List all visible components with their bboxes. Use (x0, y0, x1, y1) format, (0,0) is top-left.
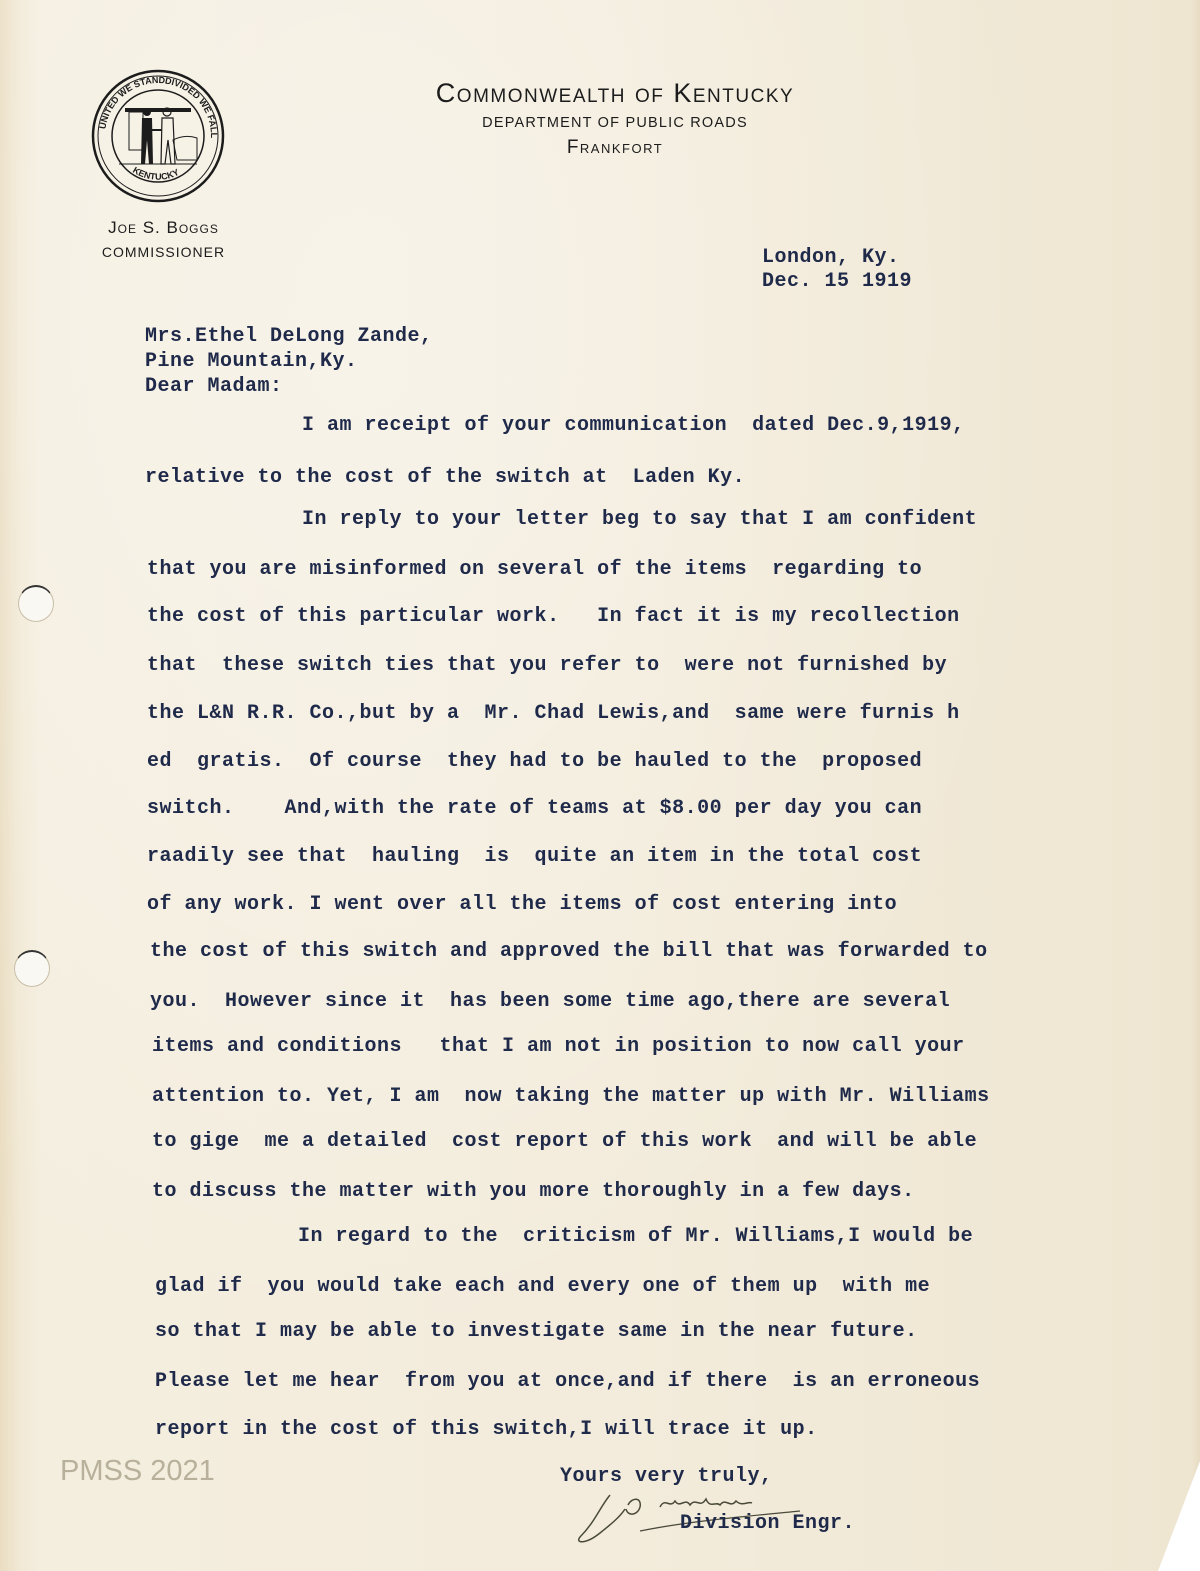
salutation: Dear Madam: (145, 375, 283, 398)
body-line: the cost of this switch and approved the… (150, 940, 988, 963)
body-line: to gige me a detailed cost report of thi… (152, 1130, 977, 1153)
svg-text:KENTUCKY: KENTUCKY (131, 165, 180, 182)
department-name: DEPARTMENT OF PUBLIC ROADS (370, 115, 860, 131)
signature-text: J.P. Watkins (570, 1487, 656, 1491)
body-line: to discuss the matter with you more thor… (152, 1180, 915, 1203)
dateline-date: Dec. 15 1919 (762, 270, 912, 293)
kentucky-seal-icon: UNITED WE STAND DIVIDED WE FALL KENTUCKY (85, 68, 231, 204)
complimentary-close: Yours very truly, (560, 1465, 773, 1488)
body-line: switch. And,with the rate of teams at $8… (147, 797, 922, 820)
body-line: the L&N R.R. Co.,but by a Mr. Chad Lewis… (147, 702, 960, 725)
punch-hole-upper (18, 585, 54, 622)
body-line: attention to. Yet, I am now taking the m… (152, 1085, 990, 1108)
body-line: so that I may be able to investigate sam… (155, 1320, 918, 1343)
seal-right-text: DIVIDED WE FALL (164, 75, 219, 138)
body-line: that these switch ties that you refer to… (147, 654, 947, 677)
organization-name: Commonwealth of Kentucky (370, 78, 860, 109)
body-line: the cost of this particular work. In fac… (147, 605, 960, 628)
body-line: ed gratis. Of course they had to be haul… (147, 750, 922, 773)
signer-title: Division Engr. (680, 1512, 855, 1535)
body-line: that you are misinformed on several of t… (147, 558, 922, 581)
commissioner-name: Joe S. Boggs (86, 218, 241, 238)
body-line: Please let me hear from you at once,and … (155, 1370, 980, 1393)
commissioner-block: Joe S. Boggs COMMISSIONER (86, 218, 241, 260)
archive-watermark: PMSS 2021 (60, 1455, 215, 1488)
body-line: In regard to the criticism of Mr. Willia… (298, 1225, 973, 1248)
body-line: of any work. I went over all the items o… (147, 893, 897, 916)
folded-corner (1158, 1461, 1200, 1571)
seal-top-text: UNITED WE STAND (97, 75, 165, 130)
body-line: you. However since it has been some time… (150, 990, 950, 1013)
body-line: In reply to your letter beg to say that … (302, 508, 977, 531)
body-line: raadily see that hauling is quite an ite… (147, 845, 922, 868)
body-line: glad if you would take each and every on… (155, 1275, 930, 1298)
svg-text:DIVIDED WE FALL: DIVIDED WE FALL (164, 75, 219, 138)
seal-bottom-text: KENTUCKY (131, 165, 180, 182)
body-line: relative to the cost of the switch at La… (145, 466, 745, 489)
body-line: report in the cost of this switch,I will… (155, 1418, 818, 1441)
dateline-place: London, Ky. (762, 246, 900, 269)
svg-text:UNITED WE STAND: UNITED WE STAND (97, 75, 165, 130)
city-name: Frankfort (370, 137, 860, 159)
recipient-address: Pine Mountain,Ky. (145, 350, 358, 373)
punch-hole-lower (14, 950, 50, 987)
body-line: I am receipt of your communication dated… (302, 414, 965, 437)
recipient-name: Mrs.Ethel DeLong Zande, (145, 325, 433, 348)
commissioner-title: COMMISSIONER (86, 244, 241, 260)
letterhead-title-block: Commonwealth of Kentucky DEPARTMENT OF P… (370, 78, 860, 159)
body-line: items and conditions that I am not in po… (152, 1035, 965, 1058)
